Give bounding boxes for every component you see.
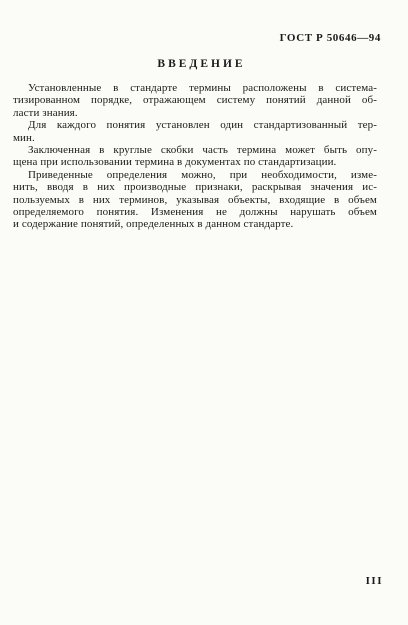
text-line: Для каждого понятия установлен один стан… (13, 119, 377, 131)
page-title: ВВЕДЕНИЕ (13, 58, 387, 70)
document-code: ГОСТ Р 50646—94 (280, 32, 381, 44)
text-line: Установленные в стандарте термины распол… (13, 82, 377, 94)
text-line: нить, вводя в них производные признаки, … (13, 181, 377, 193)
document-page: ГОСТ Р 50646—94 ВВЕДЕНИЕ Установленные в… (0, 0, 408, 625)
text-line: определяемого понятия. Изменения не долж… (13, 206, 377, 218)
text-line: Заключенная в круглые скобки часть терми… (13, 144, 377, 156)
paragraph: Установленные в стандарте термины распол… (13, 82, 377, 119)
text-line: мин. (13, 132, 377, 144)
text-line: щена при использовании термина в докумен… (13, 156, 377, 168)
page-number: III (366, 575, 383, 587)
paragraph: Приведенные определения можно, при необх… (13, 169, 377, 231)
paragraph: Для каждого понятия установлен один стан… (13, 119, 377, 144)
document-body: Установленные в стандарте термины распол… (13, 82, 377, 231)
text-line: пользуемых в них терминов, указывая объе… (13, 194, 377, 206)
text-line: Приведенные определения можно, при необх… (13, 169, 377, 181)
text-line: ласти знания. (13, 107, 377, 119)
text-line: тизированном порядке, отражающем систему… (13, 94, 377, 106)
text-line: и содержание понятий, определенных в дан… (13, 218, 377, 230)
paragraph: Заключенная в круглые скобки часть терми… (13, 144, 377, 169)
